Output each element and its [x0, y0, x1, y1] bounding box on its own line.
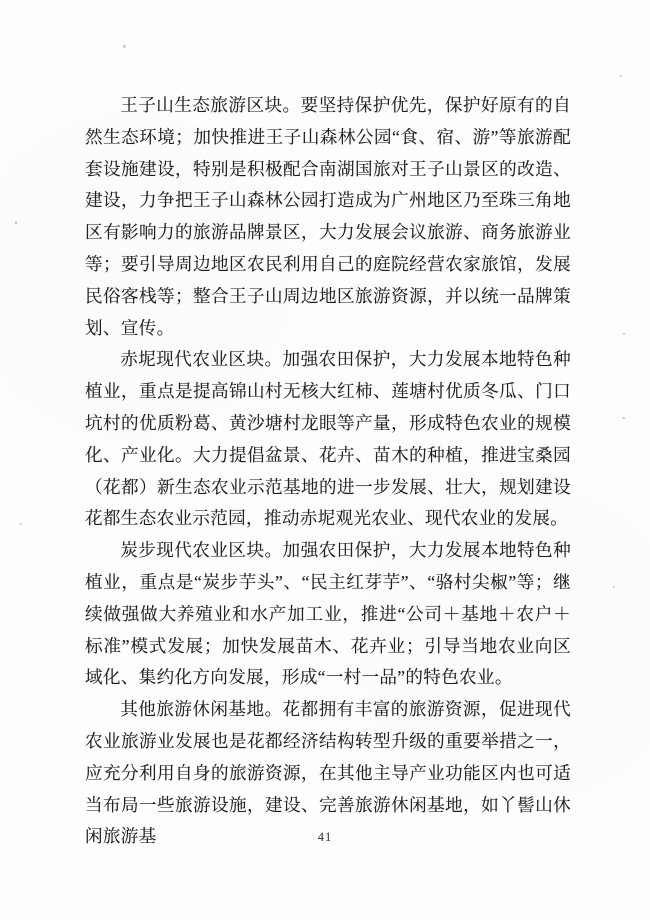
paragraph-wangzishan-eco-tourism-block: 王子山生态旅游区块。要坚持保护优先，保护好原有的自然生态环境；加快推进王子山森林… — [85, 90, 571, 344]
paragraph-tanbu-modern-agriculture-block: 炭步现代农业区块。加强农田保护，大力发展本地特色种植业，重点是“炭步芋头”、“民… — [85, 535, 571, 694]
body-text: 王子山生态旅游区块。要坚持保护优先，保护好原有的自然生态环境；加快推进王子山森林… — [85, 90, 571, 853]
scan-speck — [15, 221, 17, 224]
paragraph-chini-modern-agriculture-block: 赤坭现代农业区块。加强农田保护，大力发展本地特色种植业，重点是提高锦山村无核大红… — [85, 344, 571, 535]
scan-speck — [620, 75, 622, 77]
scan-speck — [20, 523, 22, 525]
scan-speck — [622, 417, 625, 419]
document-page: 王子山生态旅游区块。要坚持保护优先，保护好原有的自然生态环境；加快推进王子山森林… — [0, 0, 650, 920]
page-number: 41 — [0, 830, 650, 845]
scan-speck — [623, 333, 625, 335]
scan-speck — [613, 586, 615, 588]
scan-speck — [123, 45, 126, 48]
